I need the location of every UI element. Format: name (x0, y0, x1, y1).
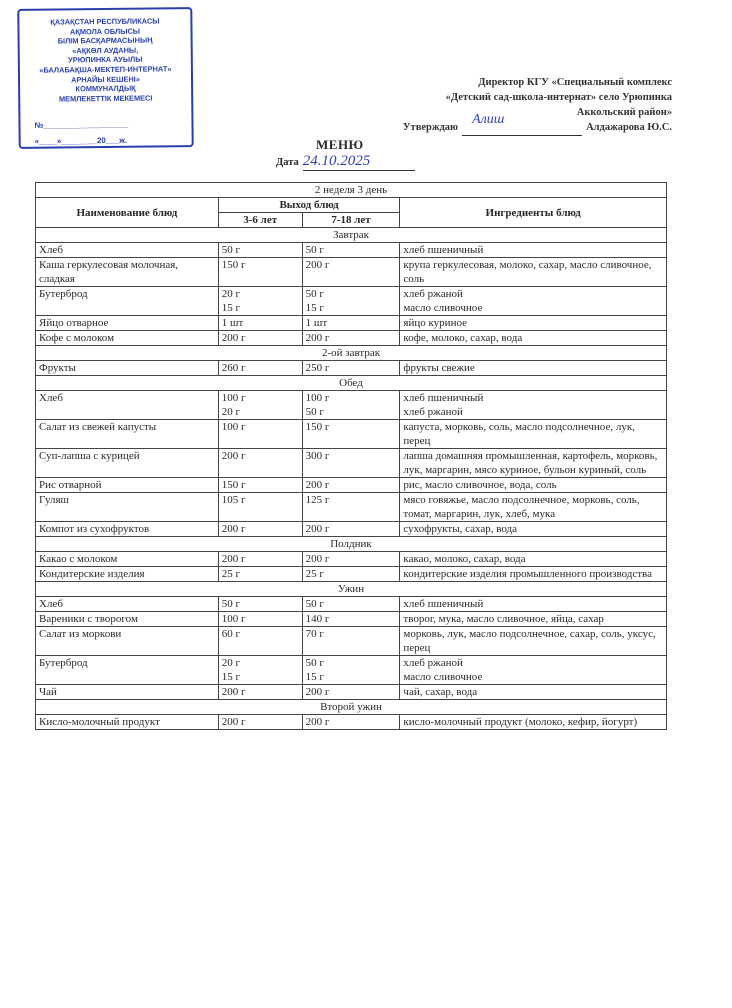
yield-7-18-line: 200 г (306, 258, 397, 272)
dish-name: Бутерброд (36, 656, 219, 685)
ingredients: рис, масло сливочное, вода, соль (400, 478, 667, 493)
yield-3-6: 100 г (218, 612, 302, 627)
table-row: Хлеб100 г20 г100 г50 гхлеб пшеничныйхлеб… (36, 391, 667, 420)
dish-name: Яйцо отварное (36, 316, 219, 331)
ingredients-line: яйцо куриное (403, 316, 663, 330)
ingredients: творог, мука, масло сливочное, яйца, сах… (400, 612, 667, 627)
yield-7-18: 200 г (302, 552, 400, 567)
ingredients-line: капуста, морковь, соль, масло подсолнечн… (403, 420, 663, 448)
yield-7-18-line: 25 г (306, 567, 397, 581)
yield-7-18: 50 г (302, 597, 400, 612)
ingredients: хлеб ржаноймасло сливочное (400, 656, 667, 685)
dish-name: Хлеб (36, 597, 219, 612)
yield-3-6: 50 г (218, 597, 302, 612)
ingredients-line: кофе, молоко, сахар, вода (403, 331, 663, 345)
dish-name: Гуляш (36, 493, 219, 522)
section-title: 2-ой завтрак (36, 346, 667, 361)
ingredients: хлеб пшеничный (400, 597, 667, 612)
yield-7-18-line: 250 г (306, 361, 397, 375)
section-title: Ужин (36, 582, 667, 597)
yield-3-6-line: 100 г (222, 612, 299, 626)
table-row: Бутерброд20 г15 г50 г15 гхлеб ржаноймасл… (36, 287, 667, 316)
yield-7-18-line: 125 г (306, 493, 397, 507)
dish-name: Какао с молоком (36, 552, 219, 567)
yield-3-6-line: 200 г (222, 522, 299, 536)
yield-3-6-line: 100 г (222, 420, 299, 434)
ingredients: фрукты свежие (400, 361, 667, 376)
header-ingredients: Ингредиенты блюд (400, 198, 667, 228)
yield-7-18-line: 200 г (306, 478, 397, 492)
signature: Алиш (472, 112, 504, 127)
ingredients: кисло-молочный продукт (молоко, кефир, й… (400, 715, 667, 730)
yield-3-6: 1 шт (218, 316, 302, 331)
dish-name: Кондитерские изделия (36, 567, 219, 582)
official-stamp: ҚАЗАҚСТАН РЕСПУБЛИКАСЫАҚМОЛА ОБЛЫСЫБІЛІМ… (17, 7, 193, 149)
table-row: Хлеб50 г50 гхлеб пшеничный (36, 597, 667, 612)
ingredients: морковь, лук, масло подсолнечное, сахар,… (400, 627, 667, 656)
dish-name: Фрукты (36, 361, 219, 376)
dish-name: Рис отварной (36, 478, 219, 493)
yield-3-6-line: 25 г (222, 567, 299, 581)
table-row: Яйцо отварное1 шт1 штяйцо куриное (36, 316, 667, 331)
yield-3-6: 200 г (218, 449, 302, 478)
table-row: Салат из свежей капусты100 г150 гкапуста… (36, 420, 667, 449)
section-title: Полдник (36, 537, 667, 552)
table-row: Салат из моркови60 г70 гморковь, лук, ма… (36, 627, 667, 656)
header-yield: Выход блюд (218, 198, 400, 213)
header-age-3-6: 3-6 лет (218, 213, 302, 228)
ingredients-line: морковь, лук, масло подсолнечное, сахар,… (403, 627, 663, 655)
ingredients-line: хлеб пшеничный (403, 243, 663, 257)
yield-7-18: 150 г (302, 420, 400, 449)
table-row: Вареники с творогом100 г140 гтворог, мук… (36, 612, 667, 627)
ingredients: кофе, молоко, сахар, вода (400, 331, 667, 346)
ingredients: мясо говяжье, масло подсолнечное, морков… (400, 493, 667, 522)
yield-7-18-line: 300 г (306, 449, 397, 463)
stamp-date-line: «____»________20___ж. (35, 136, 128, 147)
ingredients: хлеб пшеничный (400, 243, 667, 258)
table-row: Кофе с молоком200 г200 гкофе, молоко, са… (36, 331, 667, 346)
yield-3-6: 200 г (218, 331, 302, 346)
yield-7-18: 200 г (302, 522, 400, 537)
ingredients: сухофрукты, сахар, вода (400, 522, 667, 537)
dish-name: Суп-лапша с курицей (36, 449, 219, 478)
yield-7-18-line: 50 г (306, 287, 397, 301)
yield-3-6-line: 200 г (222, 449, 299, 463)
yield-3-6-line: 1 шт (222, 316, 299, 330)
ingredients: хлеб пшеничныйхлеб ржаной (400, 391, 667, 420)
header-age-7-18: 7-18 лет (302, 213, 400, 228)
yield-7-18-line: 200 г (306, 331, 397, 345)
dish-name: Хлеб (36, 243, 219, 258)
dish-name: Вареники с творогом (36, 612, 219, 627)
date-label: Дата (276, 157, 299, 168)
table-row: Рис отварной150 г200 грис, масло сливочн… (36, 478, 667, 493)
yield-3-6-line: 200 г (222, 552, 299, 566)
dish-name: Кофе с молоком (36, 331, 219, 346)
yield-3-6-line: 50 г (222, 597, 299, 611)
ingredients-line: творог, мука, масло сливочное, яйца, сах… (403, 612, 663, 626)
yield-3-6-line: 150 г (222, 478, 299, 492)
yield-3-6: 150 г (218, 258, 302, 287)
yield-7-18-line: 50 г (306, 243, 397, 257)
yield-7-18: 140 г (302, 612, 400, 627)
ingredients: кондитерские изделия промышленного произ… (400, 567, 667, 582)
approval-line-2: «Детский сад-школа-интернат» село Урюпин… (403, 90, 672, 105)
yield-7-18-line: 200 г (306, 685, 397, 699)
yield-7-18-line: 15 г (306, 670, 397, 684)
yield-3-6-line: 200 г (222, 685, 299, 699)
dish-name: Кисло-молочный продукт (36, 715, 219, 730)
ingredients: какао, молоко, сахар, вода (400, 552, 667, 567)
yield-3-6-line: 15 г (222, 670, 299, 684)
table-row: Какао с молоком200 г200 гкакао, молоко, … (36, 552, 667, 567)
yield-3-6: 200 г (218, 522, 302, 537)
yield-3-6: 50 г (218, 243, 302, 258)
ingredients-line: хлеб пшеничный (403, 597, 663, 611)
yield-3-6: 260 г (218, 361, 302, 376)
yield-7-18: 200 г (302, 715, 400, 730)
yield-7-18: 125 г (302, 493, 400, 522)
table-row: Хлеб50 г50 гхлеб пшеничный (36, 243, 667, 258)
section-title: Обед (36, 376, 667, 391)
yield-7-18-line: 140 г (306, 612, 397, 626)
ingredients-line: рис, масло сливочное, вода, соль (403, 478, 663, 492)
table-row: Гуляш105 г125 гмясо говяжье, масло подсо… (36, 493, 667, 522)
ingredients-line: фрукты свежие (403, 361, 663, 375)
table-row: Компот из сухофруктов200 г200 гсухофрукт… (36, 522, 667, 537)
menu-table: 2 неделя 3 день Наименование блюд Выход … (35, 182, 667, 730)
stamp-text: ҚАЗАҚСТАН РЕСПУБЛИКАСЫАҚМОЛА ОБЛЫСЫБІЛІМ… (19, 16, 191, 104)
ingredients: капуста, морковь, соль, масло подсолнечн… (400, 420, 667, 449)
ingredients: чай, сахар, вода (400, 685, 667, 700)
table-row: Фрукты260 г250 гфрукты свежие (36, 361, 667, 376)
yield-3-6-line: 200 г (222, 715, 299, 729)
yield-7-18-line: 200 г (306, 552, 397, 566)
ingredients-line: масло сливочное (403, 670, 663, 684)
yield-3-6-line: 20 г (222, 405, 299, 419)
ingredients: яйцо куриное (400, 316, 667, 331)
yield-3-6: 200 г (218, 552, 302, 567)
yield-7-18-line: 150 г (306, 420, 397, 434)
yield-3-6: 60 г (218, 627, 302, 656)
yield-3-6: 200 г (218, 715, 302, 730)
yield-3-6: 25 г (218, 567, 302, 582)
ingredients-line: какао, молоко, сахар, вода (403, 552, 663, 566)
ingredients: хлеб ржаноймасло сливочное (400, 287, 667, 316)
yield-7-18: 200 г (302, 478, 400, 493)
yield-7-18-line: 15 г (306, 301, 397, 315)
dish-name: Чай (36, 685, 219, 700)
yield-7-18: 100 г50 г (302, 391, 400, 420)
yield-3-6-line: 15 г (222, 301, 299, 315)
table-row: Чай200 г200 гчай, сахар, вода (36, 685, 667, 700)
yield-7-18: 300 г (302, 449, 400, 478)
ingredients-line: крупа геркулесовая, молоко, сахар, масло… (403, 258, 663, 286)
ingredients-line: хлеб ржаной (403, 656, 663, 670)
ingredients-line: хлеб пшеничный (403, 391, 663, 405)
yield-7-18-line: 70 г (306, 627, 397, 641)
yield-7-18-line: 50 г (306, 656, 397, 670)
dish-name: Хлеб (36, 391, 219, 420)
table-row: Кондитерские изделия25 г25 гкондитерские… (36, 567, 667, 582)
ingredients-line: масло сливочное (403, 301, 663, 315)
ingredients-line: сухофрукты, сахар, вода (403, 522, 663, 536)
approval-block: Директор КГУ «Специальный комплекс «Детс… (403, 75, 672, 136)
yield-3-6: 100 г (218, 420, 302, 449)
yield-7-18-line: 100 г (306, 391, 397, 405)
yield-7-18-line: 50 г (306, 405, 397, 419)
yield-3-6: 105 г (218, 493, 302, 522)
page-title: МЕНЮ (316, 137, 364, 153)
dish-name: Салат из моркови (36, 627, 219, 656)
yield-7-18: 200 г (302, 331, 400, 346)
ingredients-line: хлеб ржаной (403, 287, 663, 301)
ingredients: крупа геркулесовая, молоко, сахар, масло… (400, 258, 667, 287)
yield-3-6-line: 100 г (222, 391, 299, 405)
dish-name: Салат из свежей капусты (36, 420, 219, 449)
approval-line-1: Директор КГУ «Специальный комплекс (403, 75, 672, 90)
table-row: Суп-лапша с курицей200 г300 глапша домаш… (36, 449, 667, 478)
section-title: Второй ужин (36, 700, 667, 715)
yield-3-6: 20 г15 г (218, 287, 302, 316)
approval-line-3: Аккольский район» (403, 105, 672, 120)
yield-7-18-line: 50 г (306, 597, 397, 611)
yield-3-6-line: 20 г (222, 656, 299, 670)
yield-3-6-line: 150 г (222, 258, 299, 272)
yield-7-18: 25 г (302, 567, 400, 582)
signature-line: Алиш (462, 120, 582, 136)
yield-7-18: 200 г (302, 258, 400, 287)
yield-3-6-line: 200 г (222, 331, 299, 345)
date-value: 24.10.2025 (303, 153, 415, 171)
yield-7-18: 1 шт (302, 316, 400, 331)
dish-name: Компот из сухофруктов (36, 522, 219, 537)
yield-7-18-line: 200 г (306, 522, 397, 536)
dish-name: Бутерброд (36, 287, 219, 316)
yield-7-18: 50 г15 г (302, 656, 400, 685)
ingredients-line: кондитерские изделия промышленного произ… (403, 567, 663, 581)
week-day-label: 2 неделя 3 день (36, 183, 667, 198)
stamp-number-line: №___________________ (34, 120, 128, 131)
ingredients: лапша домашняя промышленная, картофель, … (400, 449, 667, 478)
section-title: Завтрак (36, 228, 667, 243)
yield-3-6-line: 60 г (222, 627, 299, 641)
dish-name: Каша геркулесовая молочная, сладкая (36, 258, 219, 287)
yield-7-18: 250 г (302, 361, 400, 376)
table-row: Кисло-молочный продукт200 г200 гкисло-мо… (36, 715, 667, 730)
date-row: Дата24.10.2025 (276, 153, 415, 171)
yield-3-6-line: 105 г (222, 493, 299, 507)
stamp-line: «БАЛАБАҚША-МЕКТЕП-ИНТЕРНАТ» (20, 64, 191, 75)
ingredients-line: кисло-молочный продукт (молоко, кефир, й… (403, 715, 663, 729)
yield-7-18-line: 1 шт (306, 316, 397, 330)
yield-7-18-line: 200 г (306, 715, 397, 729)
yield-3-6-line: 20 г (222, 287, 299, 301)
yield-7-18: 50 г15 г (302, 287, 400, 316)
yield-7-18: 70 г (302, 627, 400, 656)
yield-3-6: 100 г20 г (218, 391, 302, 420)
yield-3-6: 150 г (218, 478, 302, 493)
yield-3-6: 20 г15 г (218, 656, 302, 685)
ingredients-line: чай, сахар, вода (403, 685, 663, 699)
ingredients-line: лапша домашняя промышленная, картофель, … (403, 449, 663, 477)
yield-7-18: 50 г (302, 243, 400, 258)
director-name: Алдажарова Ю.С. (586, 122, 672, 133)
yield-3-6: 200 г (218, 685, 302, 700)
table-row: Бутерброд20 г15 г50 г15 гхлеб ржаноймасл… (36, 656, 667, 685)
approve-label: Утверждаю (403, 122, 458, 133)
table-row: Каша геркулесовая молочная, сладкая150 г… (36, 258, 667, 287)
ingredients-line: хлеб ржаной (403, 405, 663, 419)
stamp-line: МЕМЛЕКЕТТІК МЕКЕМЕСІ (20, 93, 191, 104)
yield-3-6-line: 50 г (222, 243, 299, 257)
approval-signature-row: УтверждаюАлиш Алдажарова Ю.С. (403, 120, 672, 136)
yield-3-6-line: 260 г (222, 361, 299, 375)
yield-7-18: 200 г (302, 685, 400, 700)
ingredients-line: мясо говяжье, масло подсолнечное, морков… (403, 493, 663, 521)
header-dish: Наименование блюд (36, 198, 219, 228)
